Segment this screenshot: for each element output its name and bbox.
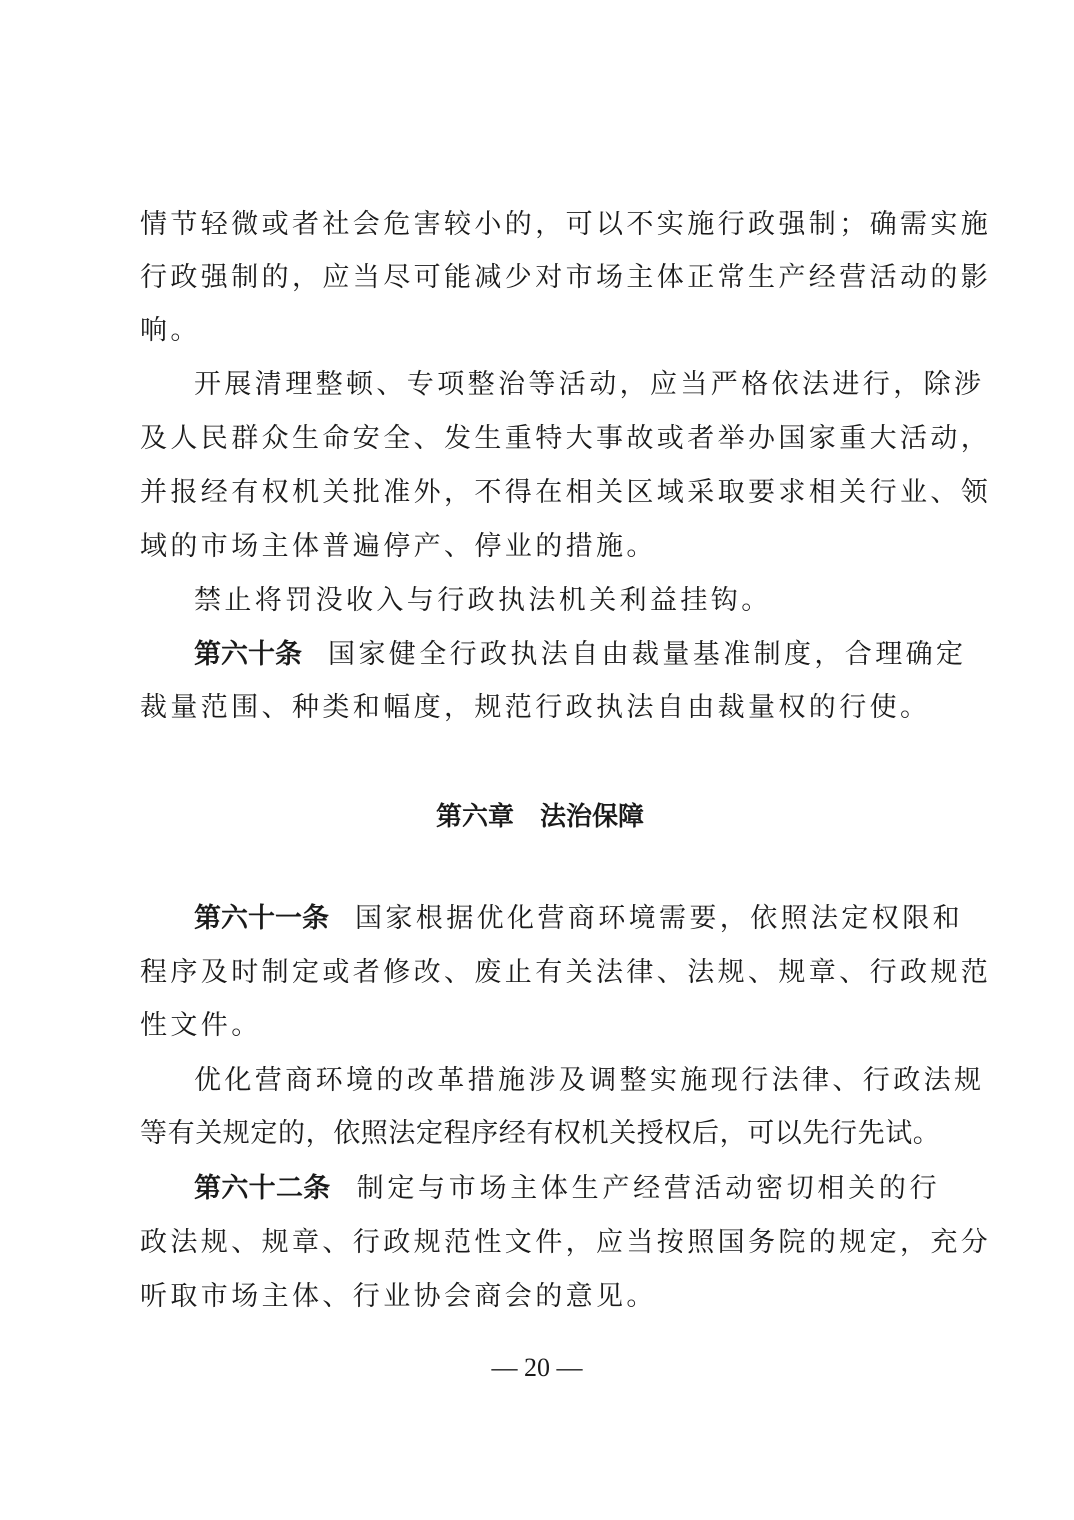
- text-line: 情节轻微或者社会危害较小的，可以不实施行政强制；确需实施: [140, 209, 940, 241]
- text-line: 裁量范围、种类和幅度，规范行政执法自由裁量权的行使。: [140, 692, 940, 724]
- article-line: 第六十条国家健全行政执法自由裁量基准制度，合理确定: [140, 639, 940, 671]
- text-line: 政法规、规章、行政规范性文件，应当按照国务院的规定，充分: [140, 1227, 940, 1259]
- chapter-heading: 第六章法治保障: [140, 796, 940, 833]
- chapter-number: 第六章: [436, 802, 514, 832]
- text-line: 开展清理整顿、专项整治等活动，应当严格依法进行，除涉: [140, 369, 940, 401]
- text-line: 禁止将罚没收入与行政执法机关利益挂钩。: [140, 585, 940, 617]
- text-span: 国家健全行政执法自由裁量基准制度，合理确定: [328, 639, 966, 670]
- text-span: 国家根据优化营商环境需要，依照法定权限和: [355, 903, 963, 934]
- text-line: 程序及时制定或者修改、废止有关法律、法规、规章、行政规范: [140, 957, 940, 989]
- article-line: 第六十一条国家根据优化营商环境需要，依照法定权限和: [140, 903, 940, 935]
- text-line: 域的市场主体普遍停产、停业的措施。: [140, 531, 940, 563]
- text-line: 及人民群众生命安全、发生重特大事故或者举办国家重大活动，: [140, 423, 940, 455]
- chapter-title: 法治保障: [540, 802, 644, 832]
- text-line: 优化营商环境的改革措施涉及调整实施现行法律、行政法规: [140, 1065, 940, 1097]
- page-number: — 20 —: [0, 1353, 1074, 1383]
- text-line: 性文件。: [140, 1010, 940, 1042]
- article-number: 第六十条: [194, 639, 302, 670]
- text-span: 制定与市场主体生产经营活动密切相关的行: [357, 1173, 940, 1204]
- text-line: 响。: [140, 315, 940, 347]
- article-line: 第六十二条制定与市场主体生产经营活动密切相关的行: [140, 1173, 940, 1205]
- text-line: 行政强制的，应当尽可能减少对市场主体正常生产经营活动的影: [140, 262, 940, 294]
- text-line: 并报经有权机关批准外，不得在相关区域采取要求相关行业、领: [140, 477, 940, 509]
- article-number: 第六十一条: [194, 903, 329, 934]
- text-line: 听取市场主体、行业协会商会的意见。: [140, 1281, 940, 1313]
- article-number: 第六十二条: [194, 1173, 331, 1204]
- text-line: 等有关规定的，依照法定程序经有权机关授权后，可以先行先试。: [140, 1118, 940, 1150]
